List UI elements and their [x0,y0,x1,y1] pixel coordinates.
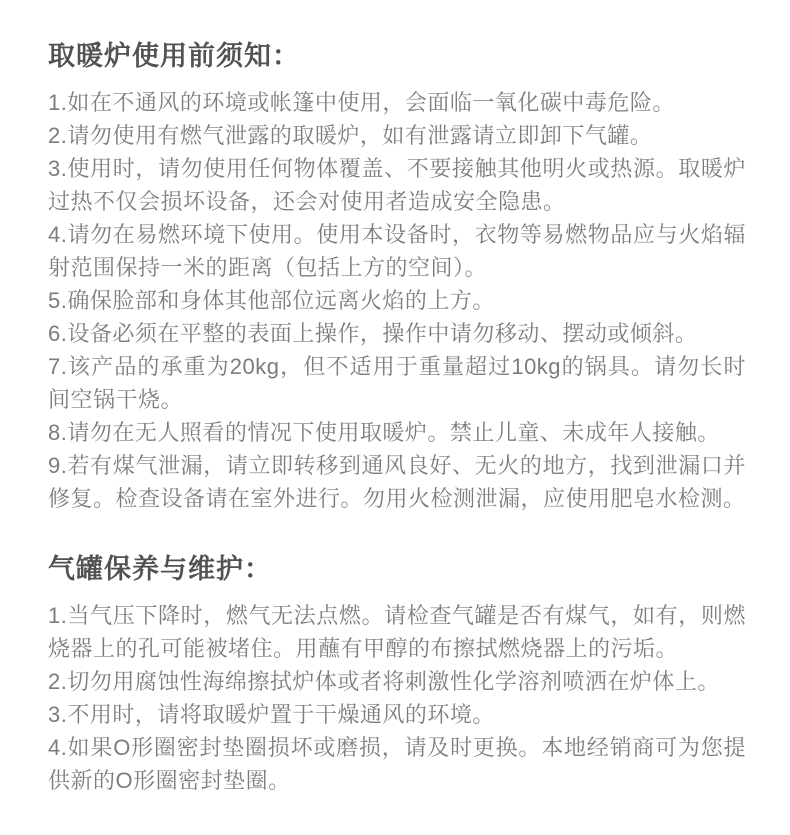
instruction-item: 6.设备必须在平整的表面上操作，操作中请勿移动、摆动或倾斜。 [48,317,746,350]
usage-notice-list: 1.如在不通风的环境或帐篷中使用，会面临一氧化碳中毒危险。 2.请勿使用有燃气泄… [48,86,746,515]
instruction-document: 取暖炉使用前须知： 1.如在不通风的环境或帐篷中使用，会面临一氧化碳中毒危险。 … [0,0,790,835]
usage-notice-title: 取暖炉使用前须知： [48,40,746,72]
instruction-item: 4.如果O形圈密封垫圈损坏或磨损，请及时更换。本地经销商可为您提供新的O形圈密封… [48,731,746,797]
tank-maintenance-list: 1.当气压下降时，燃气无法点燃。请检查气罐是否有煤气，如有，则燃烧器上的孔可能被… [48,599,746,797]
section-tank-maintenance: 气罐保养与维护： 1.当气压下降时，燃气无法点燃。请检查气罐是否有煤气，如有，则… [48,553,746,797]
instruction-item: 3.使用时，请勿使用任何物体覆盖、不要接触其他明火或热源。取暖炉过热不仅会损坏设… [48,152,746,218]
instruction-item: 2.请勿使用有燃气泄露的取暖炉，如有泄露请立即卸下气罐。 [48,119,746,152]
instruction-item: 7.该产品的承重为20kg，但不适用于重量超过10kg的锅具。请勿长时间空锅干烧… [48,350,746,416]
instruction-item: 8.请勿在无人照看的情况下使用取暖炉。禁止儿童、未成年人接触。 [48,416,746,449]
section-usage-notice: 取暖炉使用前须知： 1.如在不通风的环境或帐篷中使用，会面临一氧化碳中毒危险。 … [48,40,746,515]
tank-maintenance-title: 气罐保养与维护： [48,553,746,585]
instruction-item: 9.若有煤气泄漏，请立即转移到通风良好、无火的地方，找到泄漏口并修复。检查设备请… [48,449,746,515]
instruction-item: 3.不用时，请将取暖炉置于干燥通风的环境。 [48,698,746,731]
instruction-item: 1.当气压下降时，燃气无法点燃。请检查气罐是否有煤气，如有，则燃烧器上的孔可能被… [48,599,746,665]
instruction-item: 2.切勿用腐蚀性海绵擦拭炉体或者将刺激性化学溶剂喷洒在炉体上。 [48,665,746,698]
instruction-item: 4.请勿在易燃环境下使用。使用本设备时，衣物等易燃物品应与火焰辐射范围保持一米的… [48,218,746,284]
instruction-item: 5.确保脸部和身体其他部位远离火焰的上方。 [48,284,746,317]
instruction-item: 1.如在不通风的环境或帐篷中使用，会面临一氧化碳中毒危险。 [48,86,746,119]
